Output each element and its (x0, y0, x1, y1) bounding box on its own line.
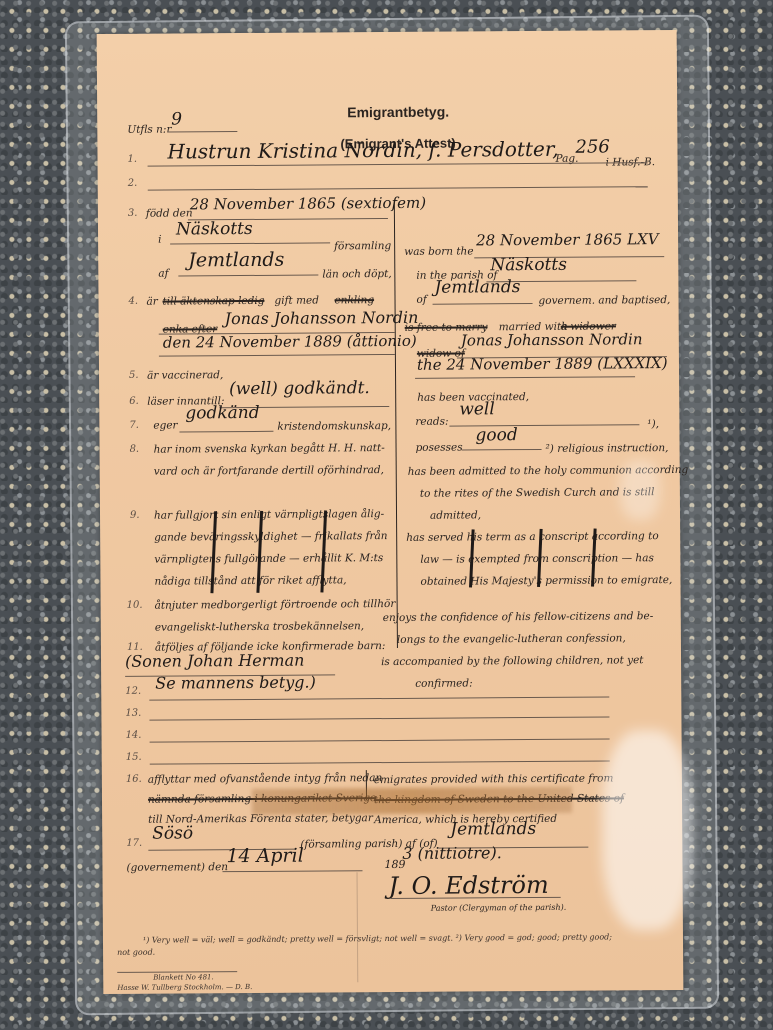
footnote-scale-cont: not good. (117, 948, 155, 957)
conscription-sv-4: nådiga tillstånd att för riket afflytta, (154, 574, 346, 587)
glare (620, 460, 660, 520)
reads-label-en: reads: (415, 416, 448, 428)
row-17-number: 17. (126, 838, 142, 849)
birth-date-sv: 28 November 1865 (sextiofem) (190, 194, 426, 214)
issue-date: 14 April (226, 845, 303, 868)
marital-prefix-sv: är (146, 296, 157, 308)
signature-label: Pastor (Clergyman of the parish). (431, 903, 567, 913)
citizenship-en-2: longs to the evangelic-lutheran confessi… (397, 632, 626, 646)
county-prefix-en: of (416, 294, 426, 306)
parish-label-sv: församling (334, 240, 391, 252)
row-2-number: 2. (128, 178, 138, 189)
form-number: Blankett No 481. (153, 973, 214, 981)
reads-value-sv: (well) godkändt. (229, 378, 370, 399)
row-12-number: 12. (125, 686, 141, 697)
born-label-sv: född den (146, 207, 193, 219)
issuing-county: Jemtlands (450, 819, 536, 840)
emigrant-name: Hustrun Kristina Nordin, f. Persdotter, (167, 137, 558, 164)
birth-parish-sv: Näskotts (176, 219, 253, 240)
religious-knowledge-label-sv: kristendomskunskap, (277, 420, 391, 433)
possesses-label-sv: eger (153, 419, 177, 431)
vaccinated-sv: är vaccinerad, (147, 369, 223, 382)
county-label-sv: län och döpt, (322, 268, 391, 280)
communion-sv-1: har inom svenska kyrkan begått H. H. nat… (154, 442, 385, 456)
row-7-number: 7. (129, 420, 139, 431)
row-3-number: 3. (128, 208, 138, 219)
birth-parish-en: Näskotts (490, 255, 567, 276)
conscription-sv-1: har fullgjort sin enligt värnpligtslagen… (154, 508, 384, 522)
date-label: (governement) den (126, 861, 228, 874)
religious-knowledge-en: good (475, 425, 517, 445)
row-13-number: 13. (125, 708, 141, 719)
reads-value-en: well (459, 399, 495, 419)
conscription-en-1: has served his term as a conscript accor… (406, 530, 659, 544)
children-label-en-2: confirmed: (415, 677, 473, 689)
religious-knowledge-sv: godkänd (185, 403, 259, 424)
marriage-date-en: the 24 November 1889 (LXXXIX) (417, 354, 668, 374)
glare (602, 730, 693, 931)
column-divider (394, 200, 398, 648)
spouse-name-sv: Jonas Johansson Nordin (225, 308, 419, 328)
row-8-number: 8. (130, 444, 140, 455)
emigrates-en-1: emigrates provided with this certificate… (374, 772, 614, 786)
struck-widower-sv: enkling (334, 294, 374, 306)
citizenship-en-1: enjoys the confidence of his fellow-citi… (383, 610, 654, 624)
emigrant-certificate: Emigrantbetyg. (Emigrant's Attest) Utfls… (97, 30, 684, 994)
birth-date-en: 28 November 1865 LXV (476, 230, 659, 249)
row-10-number: 10. (127, 600, 143, 611)
parish-prefix-sv: i (158, 234, 161, 246)
spouse-name-en: Jonas Johansson Nordin (461, 330, 643, 349)
citizenship-sv-1: åtnjuter medborgerligt förtroende och ti… (155, 598, 396, 612)
child-name: (Sonen Johan Herman (125, 651, 305, 671)
struck-free-to-marry-sv: till äktenskap ledig (162, 295, 264, 308)
communion-en-3: admitted, (430, 509, 481, 521)
row-4-number: 4. (128, 296, 138, 307)
married-label-sv: gift med (274, 294, 319, 306)
conscription-sv-3: värnpligtens fullgörande — erhållit K. M… (154, 552, 383, 566)
county-prefix-sv: af (158, 268, 168, 280)
religious-knowledge-label-en: ²) religious instruction, (546, 442, 669, 455)
marriage-date-sv: den 24 November 1889 (åttionio) (163, 332, 417, 352)
issue-year: 3 (nittiotre). (402, 843, 502, 863)
row-5-number: 5. (129, 370, 139, 381)
issuing-parish: Sösö (152, 823, 193, 843)
possesses-label-en: posesses (416, 441, 463, 453)
emigrates-sv-1: afflyttar med ofvanstående intyg från ne… (148, 772, 383, 786)
printer-imprint: Hasse W. Tullberg Stockholm. — D. B. (117, 983, 252, 992)
water-stain (252, 787, 572, 815)
conscription-en-3: obtained His Majesty's permission to emi… (420, 574, 672, 588)
row-15-number: 15. (126, 752, 142, 763)
row-9-number: 9. (130, 510, 140, 521)
conscription-sv-2: gande beväringsskyldighet — frikallats f… (154, 530, 387, 544)
children-label-en-1: is accompanied by the following children… (381, 654, 644, 668)
birth-county-en: Jemtlands (434, 277, 520, 298)
fold-crease (357, 872, 359, 982)
communion-sv-2: vard och är fortfarande dertill oförhind… (154, 464, 384, 478)
row-16-number: 16. (126, 774, 142, 785)
born-label-en: was born the (404, 245, 473, 257)
row-12-value: Se mannens betyg.) (155, 673, 316, 693)
pastor-signature: J. O. Edström (389, 871, 549, 900)
footnote-scale: ¹) Very well = väl; well = godkändt; pre… (143, 932, 612, 944)
county-label-en: governem. and baptised, (538, 294, 670, 307)
ref-label: Utfls n:r (127, 124, 171, 136)
citizenship-sv-2: evangeliskt-lutherska trosbekännelsen, (155, 620, 364, 633)
reads-footnote: ¹), (647, 418, 659, 430)
birth-county-sv: Jemtlands (188, 249, 284, 272)
document-title: Emigrantbetyg. (347, 104, 449, 121)
row-14-number: 14. (126, 730, 142, 741)
page-value: 256 (575, 136, 610, 157)
row-1-number: 1. (127, 154, 137, 165)
row-6-number: 6. (129, 396, 139, 407)
ref-value: 9 (171, 109, 182, 129)
